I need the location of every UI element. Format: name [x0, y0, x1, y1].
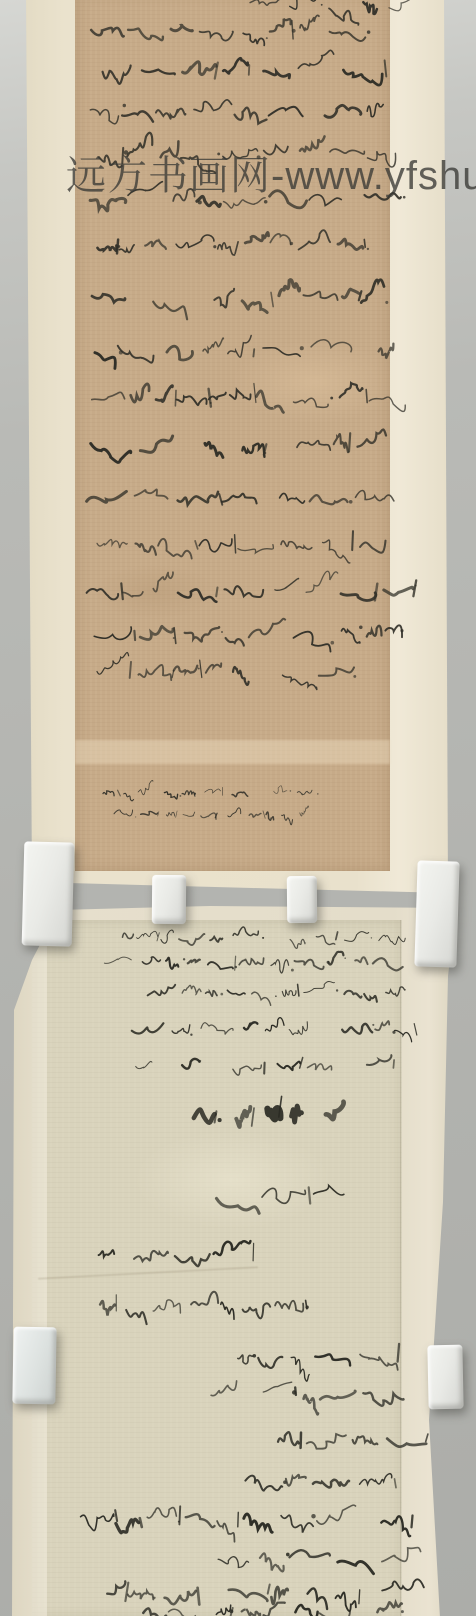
paperweight-upper-midright [287, 876, 317, 923]
upper-scroll-paper [75, 0, 390, 871]
watermark-text: 远方书画网-www.yfshuhu [66, 154, 476, 198]
photo: 远方书画网-www.yfshuhu [0, 0, 476, 1616]
paper-selvage [32, 920, 47, 1616]
paper-fold [38, 1266, 258, 1280]
paperweight-lower-left [12, 1327, 56, 1405]
paperweight-upper-left [22, 841, 75, 946]
paperweight-upper-midleft [152, 875, 186, 924]
upper-scroll-mount [22, 0, 450, 904]
lower-scroll-paper [32, 920, 402, 1616]
lower-scroll-mount [10, 906, 456, 1616]
paperweight-lower-right [427, 1345, 463, 1410]
paperweight-upper-right [414, 860, 459, 967]
paper-edge-crease [400, 920, 402, 1616]
paper-crease [75, 740, 390, 764]
